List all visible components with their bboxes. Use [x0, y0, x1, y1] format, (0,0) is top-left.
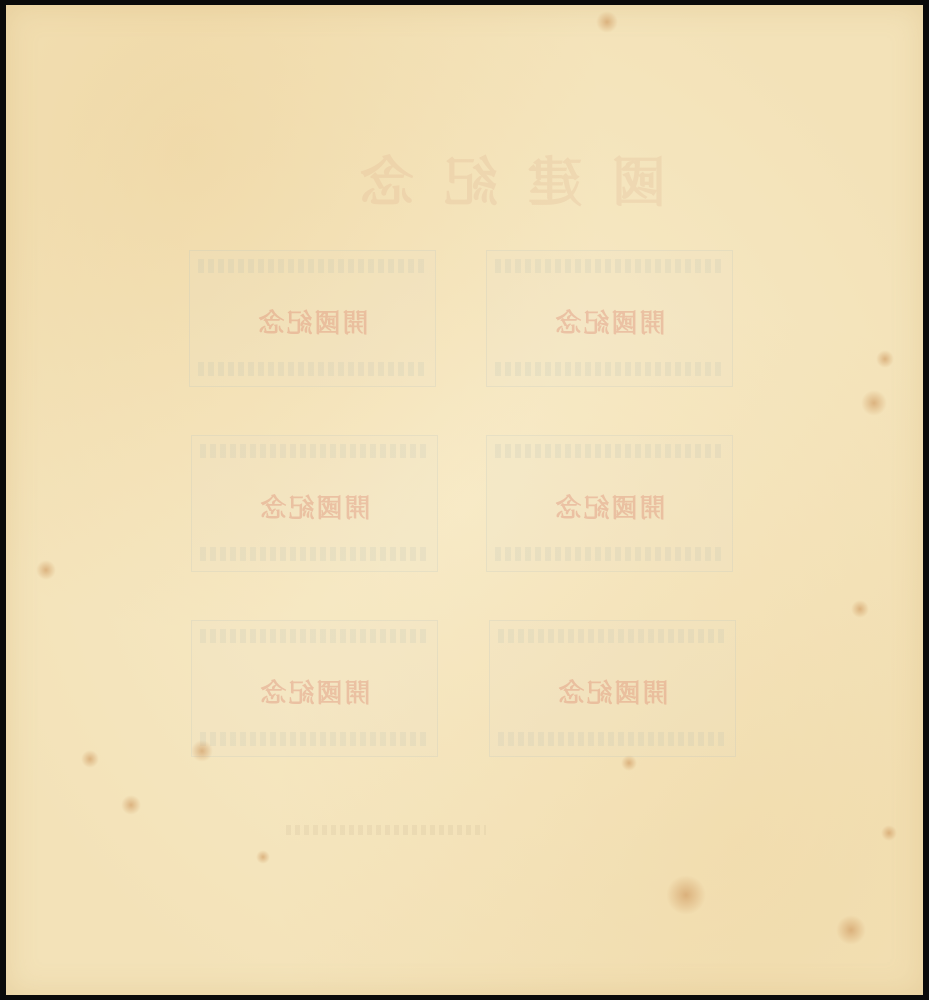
stamp-sheet-reverse: 國建紀念 開國紀念 開國紀念 開國紀念 開國紀念 開國紀念 開國紀念 [6, 5, 923, 995]
stamp-overprint: 開國紀念 [487, 488, 732, 525]
mirrored-title-showthrough: 國建紀念 [256, 140, 666, 217]
foxing-spot [836, 915, 866, 945]
foxing-spot [881, 825, 897, 841]
stamp-panel: 開國紀念 [191, 620, 438, 757]
foxing-spot [81, 750, 99, 768]
title-char: 國建紀念 [330, 140, 666, 217]
stamp-overprint: 開國紀念 [490, 673, 735, 710]
stamp-panel: 開國紀念 [189, 250, 436, 387]
stamp-top-band [495, 444, 724, 458]
stamp-top-band [198, 259, 427, 273]
foxing-spot [876, 350, 894, 368]
stamp-top-band [200, 444, 429, 458]
stamp-bottom-band [200, 732, 429, 746]
stamp-top-band [498, 629, 727, 643]
stamp-overprint: 開國紀念 [192, 488, 437, 525]
stamp-bottom-band [198, 362, 427, 376]
foxing-spot [851, 600, 869, 618]
foxing-spot [191, 740, 213, 762]
stamp-bottom-band [498, 732, 727, 746]
stamp-panel: 開國紀念 [486, 435, 733, 572]
stamp-bottom-band [495, 547, 724, 561]
stamp-panel: 開國紀念 [489, 620, 736, 757]
foxing-spot [121, 795, 141, 815]
stamp-bottom-band [495, 362, 724, 376]
foxing-spot [36, 560, 56, 580]
stamp-overprint: 開國紀念 [192, 673, 437, 710]
stamp-top-band [495, 259, 724, 273]
foxing-spot [256, 850, 270, 864]
stamp-overprint: 開國紀念 [487, 303, 732, 340]
imprint-line [286, 825, 486, 835]
stamp-panel: 開國紀念 [191, 435, 438, 572]
stamp-overprint: 開國紀念 [190, 303, 435, 340]
foxing-spot [596, 11, 618, 33]
stamp-top-band [200, 629, 429, 643]
foxing-spot [666, 875, 706, 915]
foxing-spot [861, 390, 887, 416]
foxing-spot [621, 755, 637, 771]
stamp-bottom-band [200, 547, 429, 561]
stamp-panel: 開國紀念 [486, 250, 733, 387]
